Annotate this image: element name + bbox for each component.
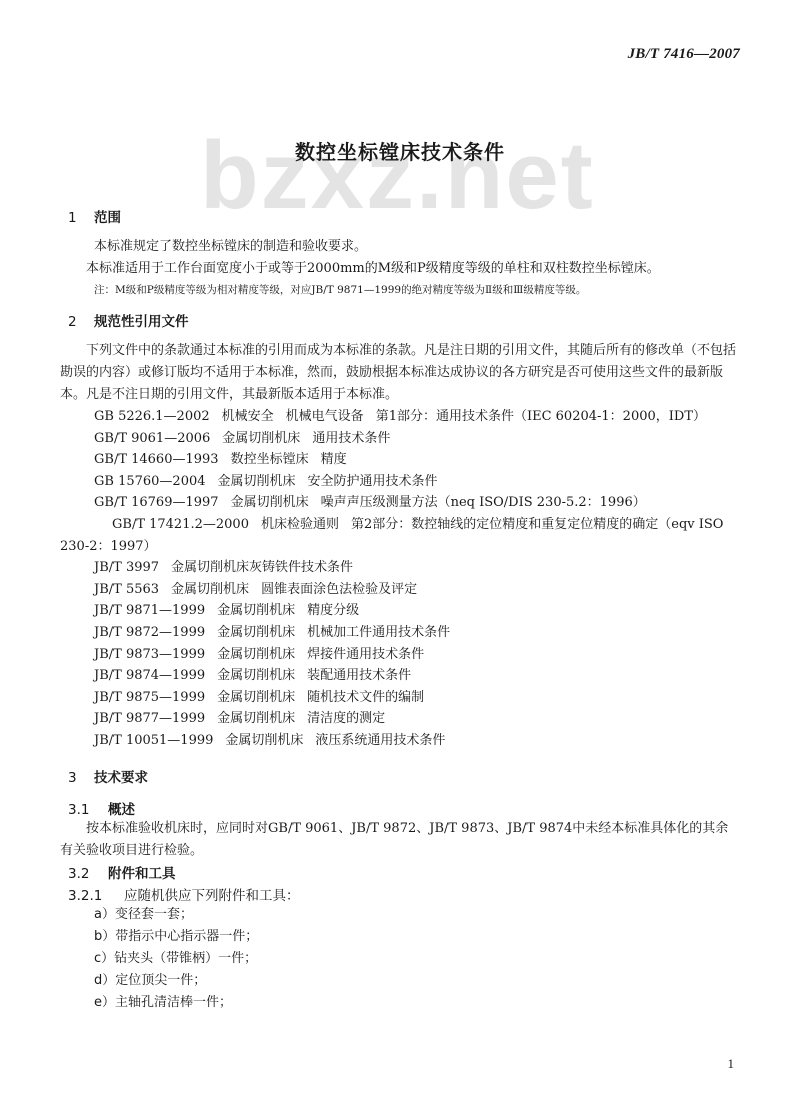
accessories-list: a）变径套一套； b）带指示中心指示器一件； c）钻夹头（带锥柄）一件； d）定… — [68, 904, 740, 1014]
reference-item: JB/T 10051—1999金属切削机床液压系统通用技术条件 — [68, 730, 740, 752]
reference-item: GB/T 17421.2—2000机床检验通则第2部分：数控轴线的定位精度和重复… — [60, 514, 740, 557]
page-number: 1 — [728, 1056, 735, 1072]
scope-paragraph-1: 本标准规定了数控坐标镗床的制造和验收要求。 — [68, 236, 740, 258]
reference-list: GB 5226.1—2002机械安全机械电气设备第1部分：通用技术条件（IEC … — [68, 406, 740, 752]
reference-item: JB/T 9874—1999金属切削机床装配通用技术条件 — [68, 665, 740, 687]
section-3-1-paragraph: 按本标准验收机床时，应同时对GB/T 9061、JB/T 9872、JB/T 9… — [60, 818, 740, 862]
reference-item: GB/T 16769—1997金属切削机床噪声声压级测量方法（neq ISO/D… — [68, 492, 740, 514]
section-3-2-1-text: 3.2.1应随机供应下列附件和工具： — [68, 884, 740, 904]
document-body: 1范围 本标准规定了数控坐标镗床的制造和验收要求。 本标准适用于工作台面宽度小于… — [68, 200, 740, 1014]
section-1-heading: 1范围 — [68, 206, 740, 226]
list-item: c）钻夹头（带锥柄）一件； — [68, 948, 740, 970]
scope-note: 注：M级和P级精度等级为相对精度等级，对应JB/T 9871—1999的绝对精度… — [68, 280, 740, 300]
scope-paragraph-2: 本标准适用于工作台面宽度小于或等于2000mm的M级和P级精度等级的单柱和双柱数… — [60, 258, 740, 280]
reference-item: JB/T 9871—1999金属切削机床精度分级 — [68, 600, 740, 622]
standard-code: JB/T 7416—2007 — [628, 46, 740, 63]
section-3-heading: 3技术要求 — [68, 766, 740, 786]
document-title: 数控坐标镗床技术条件 — [0, 136, 800, 165]
reference-item: GB/T 9061—2006金属切削机床通用技术条件 — [68, 428, 740, 450]
reference-item: JB/T 9872—1999金属切削机床机械加工件通用技术条件 — [68, 622, 740, 644]
reference-item: JB/T 3997金属切削机床灰铸铁件技术条件 — [68, 557, 740, 579]
list-item: a）变径套一套； — [68, 904, 740, 926]
list-item: d）定位顶尖一件； — [68, 970, 740, 992]
reference-item: JB/T 9877—1999金属切削机床清洁度的测定 — [68, 708, 740, 730]
list-item: e）主轴孔清洁棒一件； — [68, 992, 740, 1014]
reference-item: JB/T 9875—1999金属切削机床随机技术文件的编制 — [68, 687, 740, 709]
section-2-heading: 2规范性引用文件 — [68, 310, 740, 330]
references-intro: 下列文件中的条款通过本标准的引用而成为本标准的条款。凡是注日期的引用文件，其随后… — [60, 340, 740, 406]
reference-item: JB/T 5563金属切削机床圆锥表面涂色法检验及评定 — [68, 579, 740, 601]
reference-item: JB/T 9873—1999金属切削机床焊接件通用技术条件 — [68, 644, 740, 666]
reference-item: GB/T 14660—1993数控坐标镗床精度 — [68, 449, 740, 471]
reference-item: GB 5226.1—2002机械安全机械电气设备第1部分：通用技术条件（IEC … — [68, 406, 740, 428]
list-item: b）带指示中心指示器一件； — [68, 926, 740, 948]
reference-item: GB 15760—2004金属切削机床安全防护通用技术条件 — [68, 471, 740, 493]
section-3-2-heading: 3.2附件和工具 — [68, 862, 740, 882]
section-3-1-heading: 3.1概述 — [68, 798, 740, 818]
